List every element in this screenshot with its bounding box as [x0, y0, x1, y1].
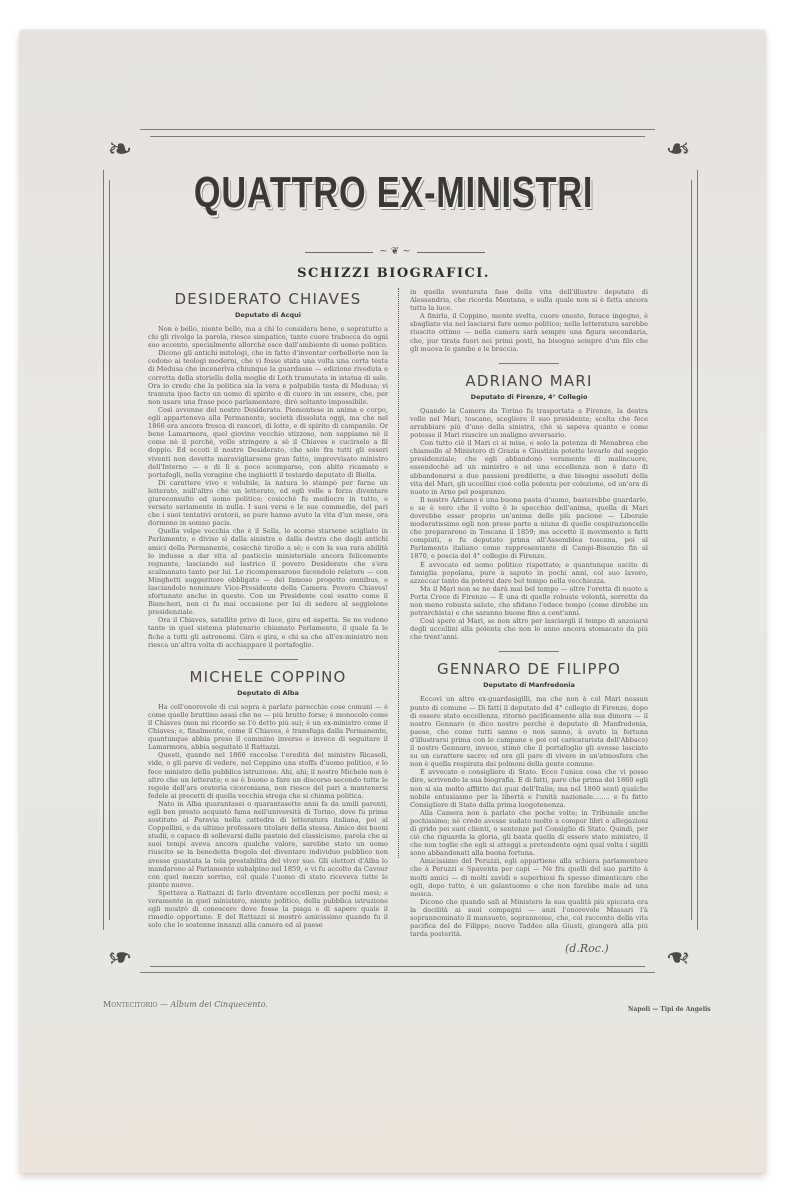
section-heading: GENNARO DE FILIPPO [410, 660, 648, 678]
paragraph: Dicono che quando salì al Ministero la s… [410, 898, 648, 938]
page-title: QUATTRO EX-MINISTRI [87, 168, 701, 218]
paragraph: Non è bello, niente bello, ma a chi lo c… [148, 325, 388, 349]
title-flourish-icon: ~ ❦ ~ [305, 248, 485, 256]
paragraph: Ha coll'onorevole di cui sopra è parlato… [148, 703, 388, 752]
paragraph: A finirla, il Coppino, mente svelta, cuo… [410, 312, 648, 352]
paragraph: È avvocato e consigliere di Stato. Ecco … [410, 768, 648, 808]
section-coppino: MICHELE COPPINO Deputato di Alba Ha coll… [148, 668, 388, 930]
paragraph: Dicono gli antichi mitologi, che in fatt… [148, 349, 388, 406]
paragraph: Questi, quando nel 1866 raccolse l'eredi… [148, 751, 388, 800]
frame-right-rule-outer [697, 170, 698, 930]
section-heading: ADRIANO MARI [410, 372, 648, 390]
corner-ornament-bottom-right-icon: ❧ [652, 930, 704, 982]
paragraph: Ora il Chiaves, satellite privo di luce,… [148, 616, 388, 648]
section-subheading: Deputato di Manfredonia [410, 681, 648, 689]
frame-bottom-rule-outer [140, 972, 655, 973]
section-subheading: Deputato di Alba [148, 689, 388, 697]
paragraph: Così spero al Mari, se non altro per las… [410, 617, 648, 641]
page-subtitle: SCHIZZI BIOGRAFICI. [0, 266, 787, 281]
section-subheading: Deputato di Acqui [148, 311, 388, 319]
section-chiaves: DESIDERATO CHIAVES Deputato di Acqui Non… [148, 290, 388, 649]
paragraph: Amicissimo del Peruzzi, egli appartiene … [410, 857, 648, 897]
column-divider [398, 288, 399, 858]
section-subheading: Deputato di Firenze, 4° Collegio [410, 393, 648, 401]
section-separator [238, 659, 298, 660]
section-separator [499, 363, 559, 364]
section-de-filippo: GENNARO DE FILIPPO Deputato di Manfredon… [410, 660, 648, 938]
section-mari: ADRIANO MARI Deputato di Firenze, 4° Col… [410, 372, 648, 642]
paragraph: Nato in Alba quarantasei o quarantasette… [148, 800, 388, 889]
footer-publication-title: Album dei Cinquecento. [171, 1000, 268, 1009]
paragraph: Alla Camera non à parlato che poche volt… [410, 809, 648, 858]
section-heading: DESIDERATO CHIAVES [148, 290, 388, 308]
paragraph: Così avvenne del nostro Desiderato. Piem… [148, 406, 388, 479]
paragraph: Spettava a Rattazzi di farlo diventare e… [148, 889, 388, 929]
paragraph: Il nostro Adriano è una buona pasta d'uo… [410, 496, 648, 561]
paragraph: Ma il Mari non se ne darà mai bel tempo … [410, 585, 648, 617]
left-column: DESIDERATO CHIAVES Deputato di Acqui Non… [148, 288, 388, 929]
frame-top-rule-outer [140, 129, 655, 130]
paragraph: Con tutto ciò il Mari ci si mise, e solo… [410, 439, 648, 496]
section-heading: MICHELE COPPINO [148, 668, 388, 686]
frame-left-rule-inner [109, 180, 110, 920]
paragraph: Quando la Camera da Torino fu trasportat… [410, 407, 648, 439]
frame-bottom-rule-inner [150, 966, 645, 967]
paragraph: in quella sventurata fase della vita del… [410, 288, 648, 312]
paragraph: Di carattere vivo e volubile, la natura … [148, 479, 388, 528]
frame-right-rule-inner [691, 180, 692, 920]
right-column: in quella sventurata fase della vita del… [410, 288, 648, 938]
corner-ornament-bottom-left-icon: ❧ [94, 930, 146, 982]
author-signature: (d.Roc.) [565, 942, 609, 955]
footer-printer: Napoli — Tipi de Angelis [628, 1006, 711, 1013]
footer-publication-place: Montecitorio — [103, 1000, 168, 1009]
frame-top-rule-inner [150, 136, 645, 137]
paragraph: Quella volpe vecchia che è il Sella, lo … [148, 527, 388, 616]
coppino-continuation: in quella sventurata fase della vita del… [410, 288, 648, 353]
paragraph: Eccovi un altro ex-guardasigilli, ma che… [410, 695, 648, 768]
paragraph: È avvocato ed uomo politico rispettato; … [410, 561, 648, 585]
footer-publication: Montecitorio — Album dei Cinquecento. [103, 1000, 268, 1009]
frame-left-rule-outer [103, 170, 104, 930]
section-separator [499, 651, 559, 652]
